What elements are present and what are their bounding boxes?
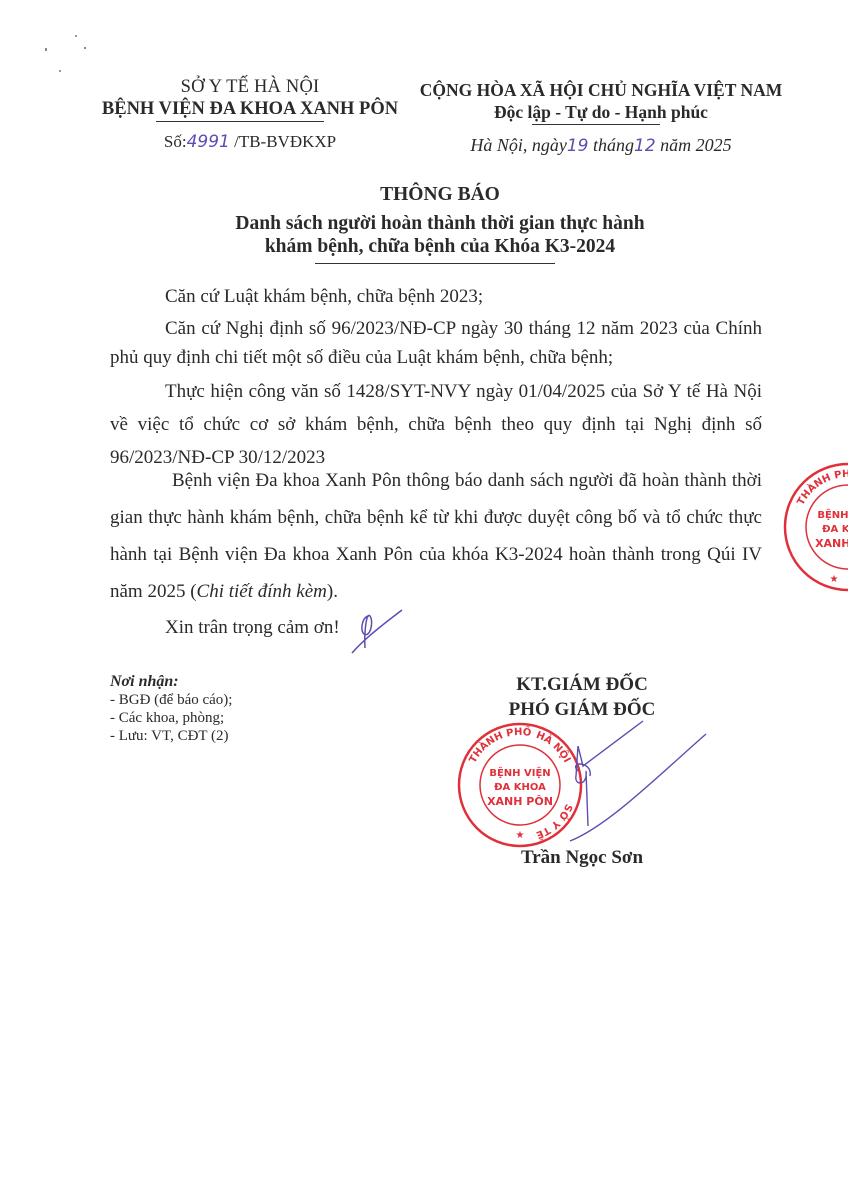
svg-text:ĐA KHOA: ĐA KHOA (822, 524, 848, 535)
edge-stamp-icon: SỞ Y TẾ THÀNH PHỐ BỆNH VIỆN ĐA KHOA XANH… (766, 460, 848, 595)
basis-decree: Căn cứ Nghị định số 96/2023/NĐ-CP ngày 3… (110, 314, 762, 372)
header-right: CỘNG HÒA XÃ HỘI CHỦ NGHĨA VIỆT NAM Độc l… (402, 79, 800, 156)
svg-text:THÀNH PHỐ: THÀNH PHỐ (468, 723, 533, 765)
document-title: THÔNG BÁO (200, 183, 680, 207)
svg-text:XANH PÔN: XANH PÔN (487, 795, 553, 808)
svg-text:★: ★ (516, 830, 525, 841)
signer-name: Trần Ngọc Sơn (462, 847, 702, 869)
svg-text:★: ★ (830, 574, 839, 585)
main-content: Bệnh viện Đa khoa Xanh Pôn thông báo dan… (110, 462, 762, 644)
header-right-underline (532, 124, 660, 125)
recipient-item: - BGĐ (để báo cáo); (110, 691, 232, 709)
svg-text:ĐA KHOA: ĐA KHOA (494, 782, 546, 793)
basis-law: Căn cứ Luật khám bệnh, chữa bệnh 2023; (110, 282, 762, 311)
attachment-note: Chi tiết đính kèm (197, 581, 327, 602)
svg-text:BỆNH VIỆN: BỆNH VIỆN (489, 766, 550, 779)
signature-block: KT.GIÁM ĐỐC PHÓ GIÁM ĐỐC (462, 672, 702, 722)
initial-signature-icon (340, 608, 410, 668)
national-motto: Độc lập - Tự do - Hạnh phúc (402, 101, 800, 123)
handwritten-number: 4991 (187, 132, 230, 152)
document-subtitle: Danh sách người hoàn thành thời gian thự… (200, 212, 680, 258)
svg-text:XANH PÔN: XANH PÔN (815, 537, 848, 550)
legal-basis: Căn cứ Luật khám bệnh, chữa bệnh 2023; C… (110, 282, 762, 474)
handwritten-day: 19 (567, 136, 589, 156)
authority-name: SỞ Y TẾ HÀ NỘI (100, 76, 400, 98)
header-left-underline (156, 121, 324, 122)
country-name: CỘNG HÒA XÃ HỘI CHỦ NGHĨA VIỆT NAM (402, 79, 800, 101)
basis-official-letter: Thực hiện công văn số 1428/SYT-NVY ngày … (110, 375, 762, 474)
document-number: Số:4991 /TB-BVĐKXP (100, 132, 400, 152)
recipients-block: Nơi nhận: - BGĐ (để báo cáo); - Các khoa… (110, 673, 232, 745)
recipients-heading: Nơi nhận: (110, 673, 232, 691)
closing-line: Xin trân trọng cảm ơn! (110, 612, 762, 644)
svg-text:BỆNH VIỆN: BỆNH VIỆN (817, 508, 848, 521)
header-left: SỞ Y TẾ HÀ NỘI BỆNH VIỆN ĐA KHOA XANH PÔ… (100, 76, 400, 152)
handwritten-month: 12 (634, 136, 656, 156)
main-paragraph: Bệnh viện Đa khoa Xanh Pôn thông báo dan… (110, 462, 762, 610)
recipient-item: - Các khoa, phòng; (110, 709, 232, 727)
subtitle-underline (315, 263, 555, 264)
organization-name: BỆNH VIỆN ĐA KHOA XANH PÔN (100, 98, 400, 120)
recipient-item: - Lưu: VT, CĐT (2) (110, 727, 232, 745)
signature-title-1: KT.GIÁM ĐỐC (462, 672, 702, 697)
document-date: Hà Nội, ngày19 tháng12 năm 2025 (402, 135, 800, 156)
director-signature-icon (548, 716, 708, 846)
scan-specks (45, 33, 95, 73)
